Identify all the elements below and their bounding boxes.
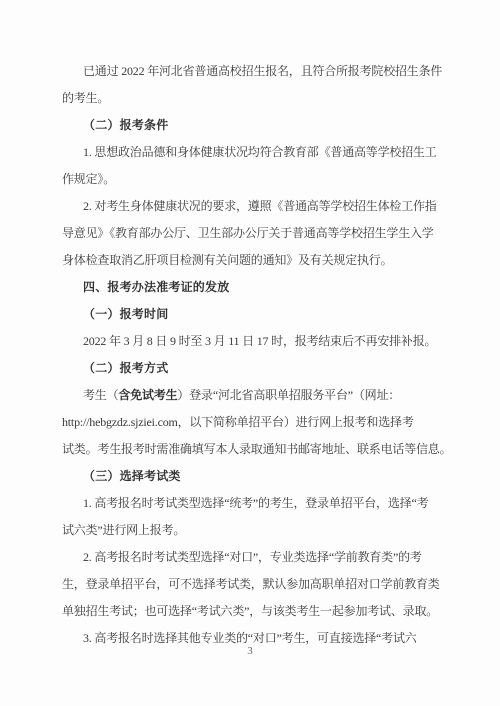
heading-line: （二）报考方式 — [62, 355, 460, 382]
text-segment: 考生（ — [83, 388, 118, 402]
text-segment: ）登录“河北省高职单招服务平台”（网址： — [177, 388, 400, 402]
heading-line: （三）选择考试类 — [62, 463, 460, 490]
text-line: 的考生。 — [62, 85, 460, 112]
text-line: 考生（含免试考生）登录“河北省高职单招服务平台”（网址： — [62, 382, 460, 409]
text-line: 已通过 2022 年河北省普通高校招生报名，且符合所报考院校招生条件 — [62, 58, 460, 85]
document-page: 已通过 2022 年河北省普通高校招生报名，且符合所报考院校招生条件的考生。（二… — [0, 0, 500, 706]
text-line: 1. 思想政治品德和身体健康状况均符合教育部《普通高等学校招生工 — [62, 139, 460, 166]
text-line: 单独招生考试；也可选择“考试六类”，与该类考生一起参加考试、录取。 — [62, 598, 460, 625]
text-line: 生，登录单招平台，可不选择考试类，默认参加高职单招对口学前教育类 — [62, 571, 460, 598]
document-body: 已通过 2022 年河北省普通高校招生报名，且符合所报考院校招生条件的考生。（二… — [62, 58, 460, 652]
text-line: 2022 年 3 月 8 日 9 时至 3 月 11 日 17 时，报考结束后不… — [62, 328, 460, 355]
text-line: 作规定》。 — [62, 166, 460, 193]
text-line: 试六类”进行网上报考。 — [62, 517, 460, 544]
page-number: 3 — [0, 644, 500, 658]
text-line: 2. 高考报名时考试类型选择“对口”，专业类选择“学前教育类”的考 — [62, 544, 460, 571]
heading-line: 四、报考办法准考证的发放 — [62, 274, 460, 301]
text-line: 1. 高考报名时考试类型选择“统考”的考生，登录单招平台，选择“考 — [62, 490, 460, 517]
text-line: 身体检查取消乙肝项目检测有关问题的通知》及有关规定执行。 — [62, 247, 460, 274]
heading-line: （一）报考时间 — [62, 301, 460, 328]
heading-line: （二）报考条件 — [62, 112, 460, 139]
text-line: 试类。考生报考时需准确填写本人录取通知书邮寄地址、联系电话等信息。 — [62, 436, 460, 463]
text-line: 2. 对考生身体健康状况的要求，遵照《普通高等学校招生体检工作指 — [62, 193, 460, 220]
text-line: http://hebgzdz.sjziei.com，以下简称单招平台）进行网上报… — [62, 409, 460, 436]
emphasis-text: 含免试考生 — [118, 388, 177, 402]
text-line: 导意见》《教育部办公厅、卫生部办公厅关于普通高等学校招生学生入学 — [62, 220, 460, 247]
